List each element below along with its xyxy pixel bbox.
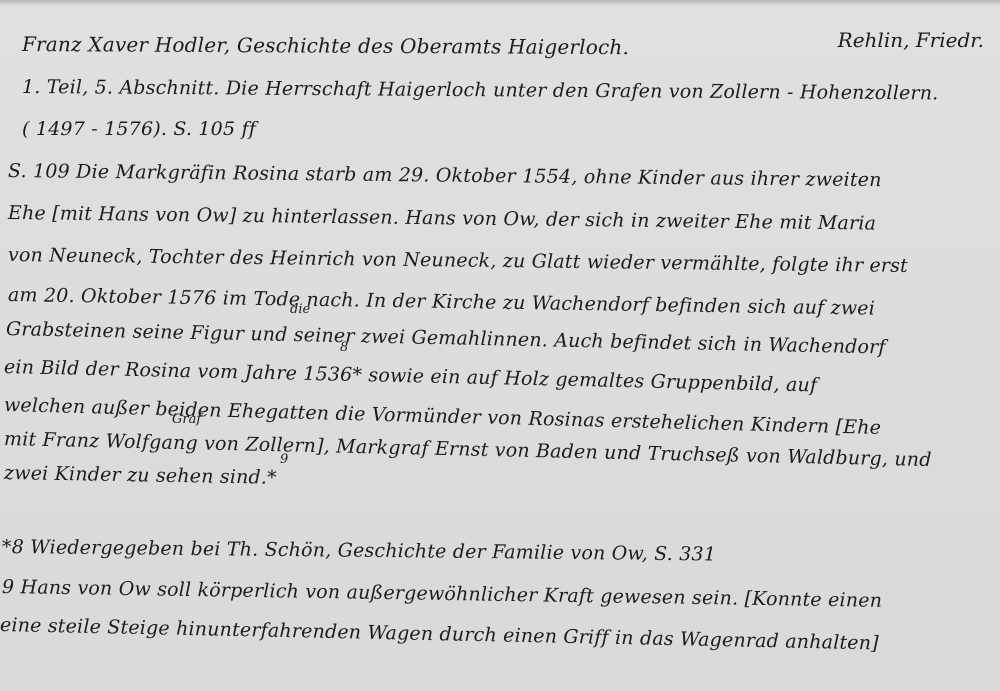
- insertion-die: die: [290, 302, 310, 317]
- body-line: von Neuneck, Tochter des Heinrich von Ne…: [8, 244, 908, 277]
- footnote-mark-8: 8: [340, 340, 348, 355]
- insertion-graf: Graf: [172, 412, 201, 427]
- footnote-8: *8 Wiedergegeben bei Th. Schön, Geschich…: [2, 536, 716, 565]
- body-line: ein Bild der Rosina vom Jahre 1536* sowi…: [4, 356, 818, 396]
- footnote-mark-9: 9: [280, 452, 288, 467]
- body-line: S. 109 Die Markgräfin Rosina starb am 29…: [8, 160, 882, 191]
- section-heading: 1. Teil, 5. Abschnitt. Die Herrschaft Ha…: [22, 76, 939, 104]
- author-name: Rehlin, Friedr.: [838, 28, 984, 52]
- body-line: am 20. Oktober 1576 im Tode nach. In der…: [8, 284, 875, 320]
- section-range: ( 1497 - 1576). S. 105 ff: [22, 118, 256, 140]
- footnote-9: 9 Hans von Ow soll körperlich von außerg…: [2, 576, 882, 612]
- body-line: Ehe [mit Hans von Ow] zu hinterlassen. H…: [8, 202, 876, 235]
- source-title: Franz Xaver Hodler, Geschichte des Obera…: [22, 32, 629, 59]
- card-top-edge: [0, 0, 1000, 6]
- body-line: Grabsteinen seine Figur und seiner zwei …: [6, 318, 886, 358]
- index-card: Franz Xaver Hodler, Geschichte des Obera…: [0, 0, 1000, 691]
- footnote-9-continued: eine steile Steige hinunterfahrenden Wag…: [0, 614, 879, 654]
- body-line: zwei Kinder zu sehen sind.*: [4, 462, 277, 489]
